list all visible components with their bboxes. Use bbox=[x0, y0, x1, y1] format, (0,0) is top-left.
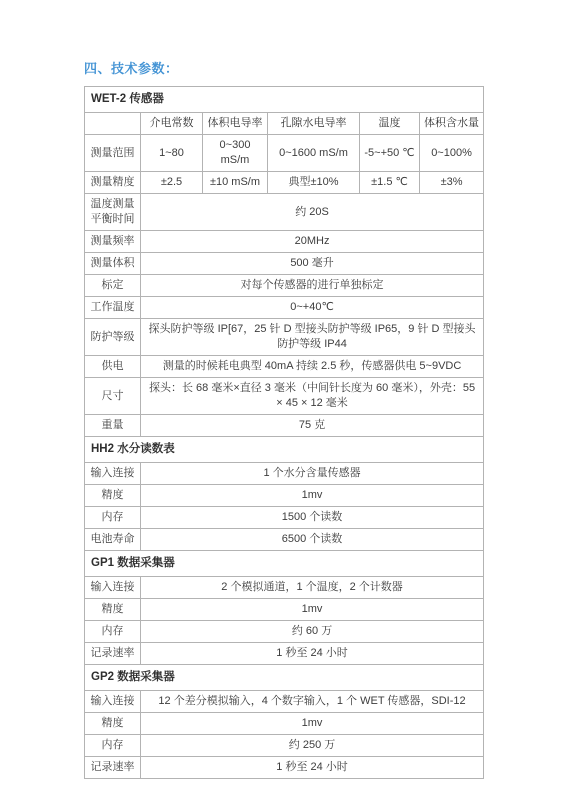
section-row: GP2 数据采集器 bbox=[85, 665, 484, 691]
table-row: 测量体积500 毫升 bbox=[85, 253, 484, 275]
table-row: 防护等级探头防护等级 IP[67，25 针 D 型接头防护等级 IP65，9 针… bbox=[85, 319, 484, 356]
table-row: 供电测量的时候耗电典型 40mA 持续 2.5 秒，传感器供电 5~9VDC bbox=[85, 356, 484, 378]
row-label: 电池寿命 bbox=[85, 529, 141, 551]
row-label: 重量 bbox=[85, 415, 141, 437]
section-header: WET-2 传感器 bbox=[85, 87, 484, 113]
cell-value: ±1.5 ℃ bbox=[360, 172, 420, 194]
row-label: 内存 bbox=[85, 507, 141, 529]
row-value: 1 秒至 24 小时 bbox=[141, 757, 484, 779]
cell-value: -5~+50 ℃ bbox=[360, 135, 420, 172]
row-label: 内存 bbox=[85, 621, 141, 643]
cell-value: 1~80 bbox=[141, 135, 203, 172]
column-header: 体积含水量 bbox=[420, 113, 484, 135]
table-row: 测量精度±2.5±10 mS/m典型±10%±1.5 ℃±3% bbox=[85, 172, 484, 194]
row-label: 精度 bbox=[85, 485, 141, 507]
row-label: 标定 bbox=[85, 275, 141, 297]
row-value: 0~+40℃ bbox=[141, 297, 484, 319]
document-page: 四、技术参数： WET-2 传感器介电常数体积电导率孔隙水电导率温度体积含水量测… bbox=[84, 58, 483, 779]
cell-value: ±10 mS/m bbox=[203, 172, 268, 194]
row-value: 20MHz bbox=[141, 231, 484, 253]
row-value: 6500 个读数 bbox=[141, 529, 484, 551]
row-value: 对每个传感器的进行单独标定 bbox=[141, 275, 484, 297]
row-value: 1500 个读数 bbox=[141, 507, 484, 529]
row-label: 精度 bbox=[85, 713, 141, 735]
spec-table: WET-2 传感器介电常数体积电导率孔隙水电导率温度体积含水量测量范围1~800… bbox=[84, 86, 484, 779]
row-label bbox=[85, 113, 141, 135]
row-label: 供电 bbox=[85, 356, 141, 378]
table-row: 测量频率20MHz bbox=[85, 231, 484, 253]
row-value: 约 250 万 bbox=[141, 735, 484, 757]
row-label: 温度测量平衡时间 bbox=[85, 194, 141, 231]
table-row: 输入连接12 个差分模拟输入，4 个数字输入，1 个 WET 传感器，SDI-1… bbox=[85, 691, 484, 713]
table-row: 尺寸探头：长 68 毫米×直径 3 毫米（中间针长度为 60 毫米），外壳：55… bbox=[85, 378, 484, 415]
table-row: 测量范围1~800~300 mS/m0~1600 mS/m-5~+50 ℃0~1… bbox=[85, 135, 484, 172]
row-label: 防护等级 bbox=[85, 319, 141, 356]
row-label: 测量精度 bbox=[85, 172, 141, 194]
table-row: 内存1500 个读数 bbox=[85, 507, 484, 529]
row-label: 尺寸 bbox=[85, 378, 141, 415]
table-row: 工作温度0~+40℃ bbox=[85, 297, 484, 319]
cell-value: 典型±10% bbox=[268, 172, 360, 194]
spec-table-body: WET-2 传感器介电常数体积电导率孔隙水电导率温度体积含水量测量范围1~800… bbox=[85, 87, 484, 779]
row-value: 探头：长 68 毫米×直径 3 毫米（中间针长度为 60 毫米），外壳：55 ×… bbox=[141, 378, 484, 415]
table-row: 内存约 250 万 bbox=[85, 735, 484, 757]
row-value: 1mv bbox=[141, 485, 484, 507]
cell-value: 0~300 mS/m bbox=[203, 135, 268, 172]
column-header: 介电常数 bbox=[141, 113, 203, 135]
cell-value: ±3% bbox=[420, 172, 484, 194]
row-label: 测量频率 bbox=[85, 231, 141, 253]
row-value: 75 克 bbox=[141, 415, 484, 437]
table-row: 标定对每个传感器的进行单独标定 bbox=[85, 275, 484, 297]
row-value: 1 个水分含量传感器 bbox=[141, 463, 484, 485]
row-label: 输入连接 bbox=[85, 691, 141, 713]
row-label: 记录速率 bbox=[85, 757, 141, 779]
section-row: GP1 数据采集器 bbox=[85, 551, 484, 577]
row-value: 1mv bbox=[141, 599, 484, 621]
column-header: 温度 bbox=[360, 113, 420, 135]
row-value: 2 个模拟通道，1 个温度，2 个计数器 bbox=[141, 577, 484, 599]
row-value: 500 毫升 bbox=[141, 253, 484, 275]
row-label: 输入连接 bbox=[85, 577, 141, 599]
row-label: 精度 bbox=[85, 599, 141, 621]
section-header: HH2 水分读数表 bbox=[85, 437, 484, 463]
row-label: 记录速率 bbox=[85, 643, 141, 665]
table-row: 输入连接2 个模拟通道，1 个温度，2 个计数器 bbox=[85, 577, 484, 599]
table-row: 记录速率1 秒至 24 小时 bbox=[85, 757, 484, 779]
table-row: 介电常数体积电导率孔隙水电导率温度体积含水量 bbox=[85, 113, 484, 135]
table-row: 电池寿命6500 个读数 bbox=[85, 529, 484, 551]
cell-value: ±2.5 bbox=[141, 172, 203, 194]
column-header: 体积电导率 bbox=[203, 113, 268, 135]
row-value: 探头防护等级 IP[67，25 针 D 型接头防护等级 IP65，9 针 D 型… bbox=[141, 319, 484, 356]
table-row: 温度测量平衡时间约 20S bbox=[85, 194, 484, 231]
column-header: 孔隙水电导率 bbox=[268, 113, 360, 135]
row-value: 1 秒至 24 小时 bbox=[141, 643, 484, 665]
table-row: 记录速率1 秒至 24 小时 bbox=[85, 643, 484, 665]
row-label: 输入连接 bbox=[85, 463, 141, 485]
row-value: 1mv bbox=[141, 713, 484, 735]
section-row: WET-2 传感器 bbox=[85, 87, 484, 113]
table-row: 精度1mv bbox=[85, 485, 484, 507]
row-value: 约 60 万 bbox=[141, 621, 484, 643]
row-label: 内存 bbox=[85, 735, 141, 757]
table-row: 输入连接1 个水分含量传感器 bbox=[85, 463, 484, 485]
section-header: GP1 数据采集器 bbox=[85, 551, 484, 577]
table-row: 精度1mv bbox=[85, 599, 484, 621]
section-header: GP2 数据采集器 bbox=[85, 665, 484, 691]
row-value: 12 个差分模拟输入，4 个数字输入，1 个 WET 传感器，SDI-12 bbox=[141, 691, 484, 713]
row-label: 测量体积 bbox=[85, 253, 141, 275]
table-row: 精度1mv bbox=[85, 713, 484, 735]
cell-value: 0~100% bbox=[420, 135, 484, 172]
page-title: 四、技术参数： bbox=[84, 58, 483, 77]
row-label: 工作温度 bbox=[85, 297, 141, 319]
row-value: 约 20S bbox=[141, 194, 484, 231]
cell-value: 0~1600 mS/m bbox=[268, 135, 360, 172]
table-row: 内存约 60 万 bbox=[85, 621, 484, 643]
row-label: 测量范围 bbox=[85, 135, 141, 172]
row-value: 测量的时候耗电典型 40mA 持续 2.5 秒，传感器供电 5~9VDC bbox=[141, 356, 484, 378]
section-row: HH2 水分读数表 bbox=[85, 437, 484, 463]
table-row: 重量75 克 bbox=[85, 415, 484, 437]
